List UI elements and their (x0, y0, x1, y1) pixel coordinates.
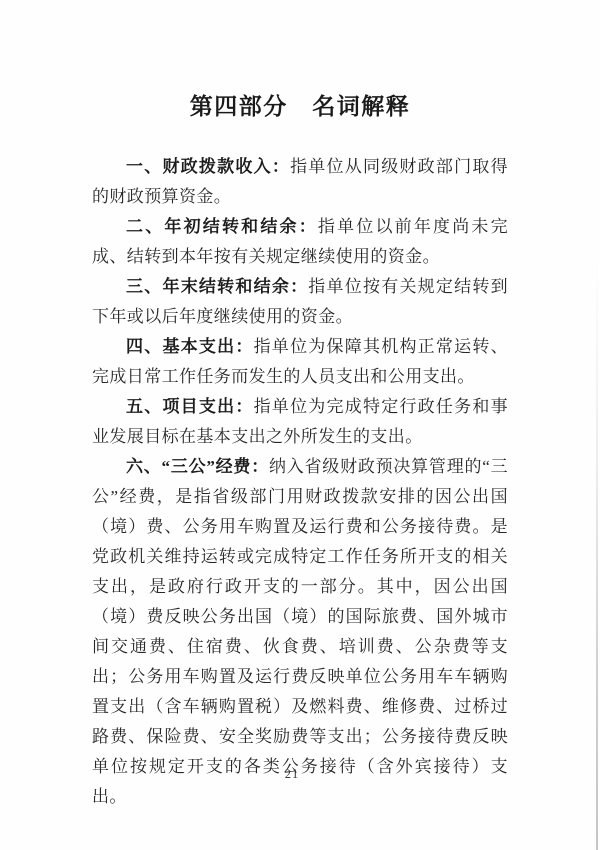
definition-term: 三、年末结转和结余： (126, 277, 308, 296)
definition-item-1: 一、财政拨款收入：指单位从同级财政部门取得的财政预算资金。 (92, 152, 508, 212)
page-title: 第四部分 名词解释 (0, 88, 600, 121)
definition-desc: 纳入省级财政预决算管理的“三公”经费，是指省级部门用财政拨款安排的因公出国（境）… (92, 457, 508, 806)
scanned-document-page: 第四部分 名词解释 一、财政拨款收入：指单位从同级财政部门取得的财政预算资金。 … (0, 0, 600, 850)
definition-term: 六、“三公”经费： (126, 457, 269, 476)
definition-term: 四、基本支出： (126, 337, 254, 356)
definition-term: 五、项目支出： (126, 397, 254, 416)
definition-term: 一、财政拨款收入： (126, 157, 290, 176)
definition-item-5: 五、项目支出：指单位为完成特定行政任务和事业发展目标在基本支出之外所发生的支出。 (92, 392, 508, 452)
definition-item-6: 六、“三公”经费：纳入省级财政预决算管理的“三公”经费，是指省级部门用财政拨款安… (92, 452, 508, 812)
definition-item-3: 三、年末结转和结余：指单位按有关规定结转到下年或以后年度继续使用的资金。 (92, 272, 508, 332)
scan-edge-artifact (596, 255, 598, 850)
definition-item-4: 四、基本支出：指单位为保障其机构正常运转、完成日常工作任务而发生的人员支出和公用… (92, 332, 508, 392)
page-number: 21 (0, 767, 584, 782)
definitions-list: 一、财政拨款收入：指单位从同级财政部门取得的财政预算资金。 二、年初结转和结余：… (92, 152, 508, 812)
definition-item-2: 二、年初结转和结余：指单位以前年度尚未完成、结转到本年按有关规定继续使用的资金。 (92, 212, 508, 272)
definition-term: 二、年初结转和结余： (126, 217, 318, 236)
